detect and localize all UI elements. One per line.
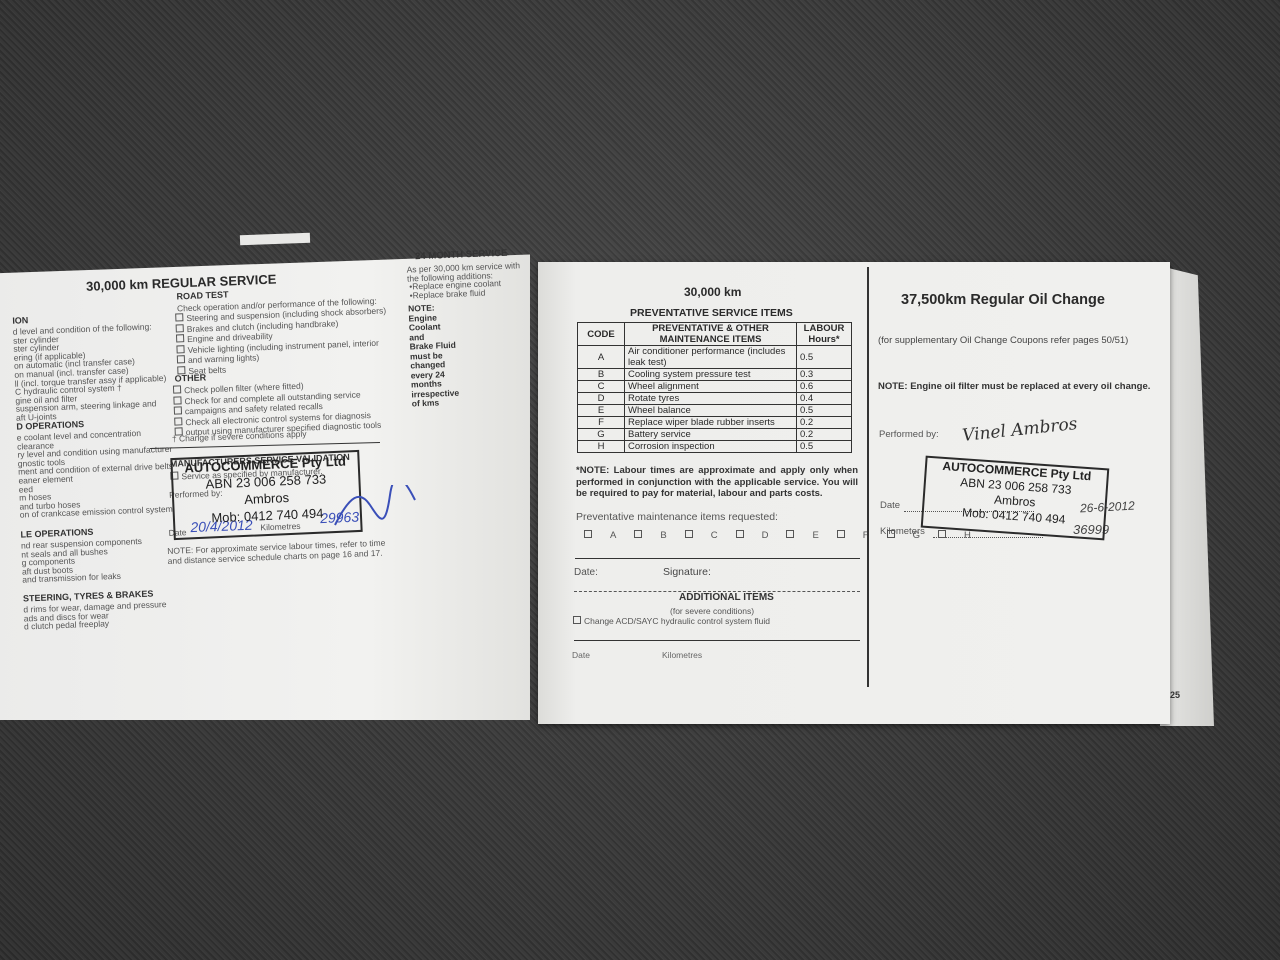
checkbox[interactable] [174, 406, 182, 414]
additional-heading: ADDITIONAL ITEMS [679, 592, 774, 603]
middle-page-title: 30,000 km [684, 285, 741, 299]
signature-scribble [330, 485, 420, 535]
cell-hours: 0.5 [797, 346, 852, 369]
table-row: AAir conditioner performance (includes l… [578, 346, 852, 369]
cell-hours: 0.3 [797, 369, 852, 381]
km-label: Kilometers [880, 526, 925, 537]
performed-by-label: Performed by: [879, 429, 939, 440]
filter-note: NOTE: Engine oil filter must be replaced… [878, 381, 1162, 392]
table-row: CWheel alignment0.6 [578, 381, 852, 393]
col-header-hours: LABOUR Hours* [797, 323, 852, 346]
section-list: e coolant level and concentrationclearan… [17, 428, 175, 520]
table-row: BCooling system pressure test0.3 [578, 369, 852, 381]
cell-code: F [578, 417, 625, 429]
item-checkbox-h[interactable]: H [938, 530, 971, 541]
road-test-heading: ROAD TEST [176, 289, 228, 301]
cell-item: Cooling system pressure test [625, 369, 797, 381]
checkbox[interactable] [174, 417, 182, 425]
checkbox-icon [685, 530, 693, 538]
other-heading: OTHER [174, 372, 206, 383]
dealer-stamp: AUTOCOMMERCE Pty Ltd ABN 23 006 258 733 … [921, 456, 1110, 541]
checkbox-icon [634, 530, 642, 538]
cell-code: D [578, 393, 625, 405]
note-line: Brake Fluid must be changed [409, 341, 458, 371]
checkbox[interactable] [177, 355, 185, 363]
cell-code: B [578, 369, 625, 381]
table-row: FReplace wiper blade rubber inserts0.2 [578, 417, 852, 429]
checkbox[interactable] [176, 345, 184, 353]
oil-change-title: 37,500km Regular Oil Change [901, 292, 1105, 308]
cell-item: Corrosion inspection [625, 441, 797, 453]
cell-hours: 0.2 [797, 429, 852, 441]
cell-code: A [578, 346, 625, 369]
item-checkbox-c[interactable]: C [685, 530, 718, 541]
checkbox[interactable] [175, 313, 183, 321]
checkbox-icon [786, 530, 794, 538]
divider [574, 640, 860, 641]
additional-item: Change ACD/SAYC hydraulic control system… [573, 616, 770, 626]
additional-sub: (for severe conditions) [670, 606, 754, 616]
col-header-code: CODE [578, 323, 625, 346]
middle-page-subtitle: PREVENTATIVE SERVICE ITEMS [630, 307, 793, 319]
checkbox[interactable] [173, 385, 181, 393]
section-list: d level and condition of the following:s… [13, 322, 168, 422]
date-label: Date: [574, 567, 598, 578]
cell-item: Wheel alignment [625, 381, 797, 393]
footer-date-label: Date [572, 650, 590, 660]
cell-item: Replace wiper blade rubber inserts [625, 417, 797, 429]
table-row: GBattery service0.2 [578, 429, 852, 441]
signature-label: Signature: [663, 566, 711, 578]
item-checkbox-e[interactable]: E [786, 530, 818, 541]
checkbox[interactable] [573, 616, 581, 624]
note-line: every 24 months irrespective [411, 369, 460, 399]
item-checkbox-d[interactable]: D [736, 530, 769, 541]
road-test-list: Steering and suspension (including shock… [175, 305, 388, 376]
cell-item: Battery service [625, 429, 797, 441]
cell-code: E [578, 405, 625, 417]
checkbox-icon [837, 530, 845, 538]
cell-hours: 0.5 [797, 405, 852, 417]
divider [575, 558, 860, 559]
coupon-note: (for supplementary Oil Change Coupons re… [878, 335, 1158, 346]
month24-note: NOTE: Engine Coolant andBrake Fluid must… [408, 303, 460, 409]
cell-item: Wheel balance [625, 405, 797, 417]
cell-code: C [578, 381, 625, 393]
month24-list: •Replace engine coolant•Replace brake fl… [409, 279, 501, 301]
section-list: nd rear suspension componentsnt seals an… [21, 537, 144, 585]
checkbox-icon [736, 530, 744, 538]
table-row: DRotate tyres0.4 [578, 393, 852, 405]
item-checkbox-b[interactable]: B [634, 530, 666, 541]
requested-label: Preventative maintenance items requested… [576, 511, 778, 523]
item-checkbox-f[interactable]: F [837, 530, 869, 541]
cell-item: Air conditioner performance (includes le… [625, 346, 797, 369]
preventative-items-table: CODE PREVENTATIVE & OTHER MAINTENANCE IT… [577, 322, 852, 453]
section-heading: ION [12, 315, 28, 326]
checkbox[interactable] [176, 324, 184, 332]
section-list: d rims for wear, damage and pressureads … [23, 600, 167, 631]
km-line [933, 537, 1043, 538]
cell-code: G [578, 429, 625, 441]
cell-item: Rotate tyres [625, 393, 797, 405]
date-label: Date [880, 500, 900, 511]
note-line: NOTE: Engine Coolant and [408, 303, 457, 343]
cell-hours: 0.6 [797, 381, 852, 393]
cell-hours: 0.5 [797, 441, 852, 453]
item-checkbox-a[interactable]: A [584, 530, 616, 541]
table-row: EWheel balance0.5 [578, 405, 852, 417]
checkbox-row: ABCDEFGH [584, 530, 989, 541]
cell-hours: 0.4 [797, 393, 852, 405]
checkbox[interactable] [176, 334, 184, 342]
labour-note: *NOTE: Labour times are approximate and … [576, 465, 858, 500]
cell-hours: 0.2 [797, 417, 852, 429]
footer-km-label: Kilometres [662, 650, 702, 660]
table-row: HCorrosion inspection0.5 [578, 441, 852, 453]
col-header-item: PREVENTATIVE & OTHER MAINTENANCE ITEMS [625, 323, 797, 346]
note-line: of kms [412, 398, 460, 409]
page-number: 25 [1170, 690, 1180, 700]
cell-code: H [578, 441, 625, 453]
column-divider [867, 267, 869, 687]
checkbox[interactable] [173, 396, 181, 404]
checkbox-icon [584, 530, 592, 538]
